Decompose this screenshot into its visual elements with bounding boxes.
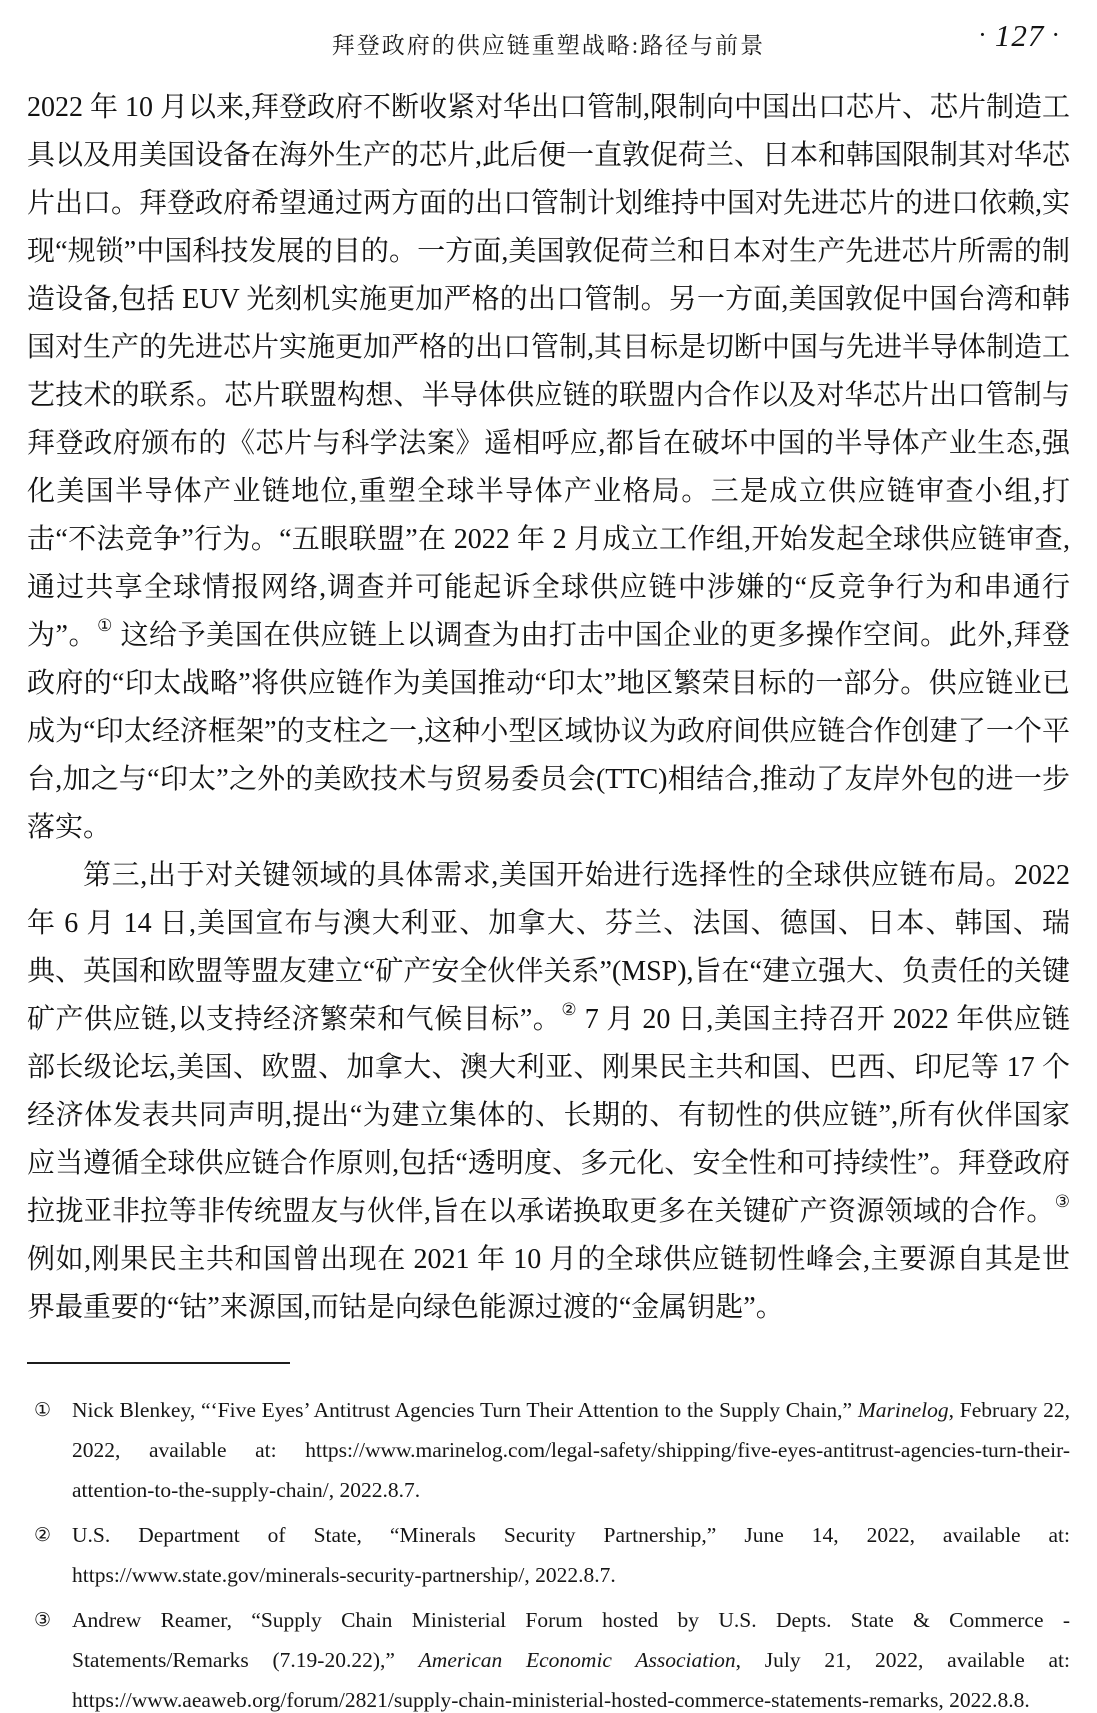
footnote-marker: ② — [27, 1515, 72, 1555]
footnote-ref-marker: ③ — [1055, 1192, 1070, 1212]
footnote-marker: ③ — [27, 1600, 72, 1640]
footnote-text-segment: U.S. Department of State, “Minerals Secu… — [72, 1523, 1070, 1587]
page-number-dot-right: · — [1044, 20, 1068, 49]
footnote-text: Andrew Reamer, “Supply Chain Ministerial… — [72, 1600, 1070, 1713]
footnote-ref-marker: ① — [97, 616, 113, 636]
paragraph-2: 第三,出于对关键领域的具体需求,美国开始进行选择性的全球供应链布局。2022 年… — [27, 852, 1070, 1332]
body-text-segment: 2022 年 10 月以来,拜登政府不断收紧对华出口管制,限制向中国出口芯片、芯… — [27, 92, 1070, 651]
footnote-text: U.S. Department of State, “Minerals Secu… — [72, 1515, 1070, 1595]
footnote-text: Nick Blenkey, “‘Five Eyes’ Antitrust Age… — [72, 1390, 1070, 1510]
footnotes: ①Nick Blenkey, “‘Five Eyes’ Antitrust Ag… — [27, 1390, 1070, 1713]
paragraph-1: 2022 年 10 月以来,拜登政府不断收紧对华出口管制,限制向中国出口芯片、芯… — [27, 84, 1070, 852]
footnote-1: ①Nick Blenkey, “‘Five Eyes’ Antitrust Ag… — [27, 1390, 1070, 1510]
footnote-marker: ① — [27, 1390, 72, 1430]
page-number-dot-left: · — [971, 20, 995, 49]
body-text-segment: 这给予美国在供应链上以调查为由打击中国企业的更多操作空间。此外,拜登政府的“印太… — [27, 620, 1070, 843]
page-header: 拜登政府的供应链重塑战略:路径与前景 ·127· — [27, 0, 1070, 78]
page-number: ·127· — [971, 18, 1068, 54]
footnote-2: ②U.S. Department of State, “Minerals Sec… — [27, 1515, 1070, 1595]
running-title: 拜登政府的供应链重塑战略:路径与前景 — [27, 27, 1070, 60]
page-number-value: 127 — [995, 18, 1045, 53]
footnote-source-italic: American Economic Association — [419, 1648, 736, 1672]
body-text-segment: 7 月 20 日,美国主持召开 2022 年供应链部长级论坛,美国、欧盟、加拿大… — [27, 1004, 1070, 1227]
footnote-source-italic: Marinelog — [858, 1398, 949, 1422]
page: 拜登政府的供应链重塑战略:路径与前景 ·127· 2022 年 10 月以来,拜… — [0, 0, 1097, 1713]
footnote-3: ③Andrew Reamer, “Supply Chain Ministeria… — [27, 1600, 1070, 1713]
body-text: 2022 年 10 月以来,拜登政府不断收紧对华出口管制,限制向中国出口芯片、芯… — [27, 84, 1070, 1332]
footnote-ref-marker: ② — [561, 1000, 577, 1020]
footnote-divider — [27, 1362, 290, 1364]
footnote-text-segment: Nick Blenkey, “‘Five Eyes’ Antitrust Age… — [72, 1398, 858, 1422]
body-text-segment: 例如,刚果民主共和国曾出现在 2021 年 10 月的全球供应链韧性峰会,主要源… — [27, 1244, 1070, 1323]
